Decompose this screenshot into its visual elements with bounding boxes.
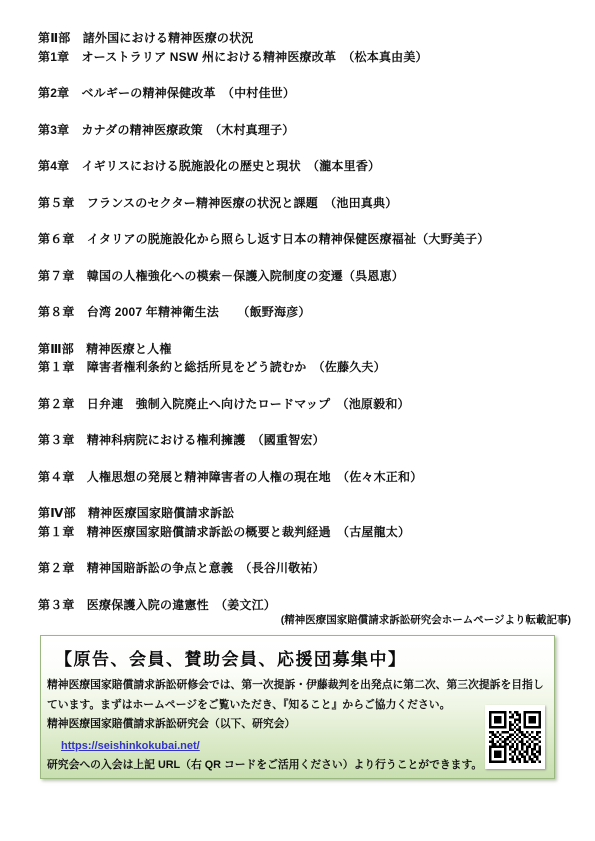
- qr-code-icon: [485, 705, 545, 769]
- toc-chapter-line: 第１章 障害者権利条約と総括所見をどう読むか （佐藤久夫）: [38, 358, 575, 377]
- toc-chapter-line: 第５章 フランスのセクター精神医療の状況と課題 （池田真典）: [38, 194, 575, 213]
- toc-chapter-line: 第1章 オーストラリア NSW 州における精神医療改革 （松本真由美）: [38, 48, 575, 67]
- toc-chapter-line: 第２章 精神国賠訴訟の争点と意義 （長谷川敬祐）: [38, 559, 575, 578]
- toc-chapter-line: 第１章 精神医療国家賠償請求訴訟の概要と裁判経過 （古屋龍太）: [38, 523, 575, 542]
- website-link-row: https://seishinkokubai.net/: [61, 735, 544, 757]
- reprint-note: (精神医療国家賠償請求訴訟研究会ホームページより転載記事): [0, 612, 595, 627]
- organization-line: 精神医療国家賠償請求訴訟研究会（以下、研究会）: [47, 715, 544, 735]
- toc-chapter-line: 第８章 台湾 2007 年精神衛生法 （飯野海彦）: [38, 303, 575, 322]
- toc-chapter-line: 第４章 人権思想の発展と精神障害者の人権の現在地 （佐々木正和）: [38, 468, 575, 487]
- toc-chapter-line: 第６章 イタリアの脱施設化から照らし返す日本の精神保健医療福祉（大野美子）: [38, 230, 575, 249]
- document-page: 第Ⅱ部 諸外国における精神医療の状況第1章 オーストラリア NSW 州における精…: [0, 0, 595, 841]
- join-instruction: 研究会への入会は上記 URL（右 QR コードをご活用ください）より行うことがで…: [47, 756, 544, 776]
- toc-part-heading: 第Ⅲ部 精神医療と人権: [38, 340, 575, 359]
- toc-part-heading: 第Ⅱ部 諸外国における精神医療の状況: [38, 29, 575, 48]
- table-of-contents: 第Ⅱ部 諸外国における精神医療の状況第1章 オーストラリア NSW 州における精…: [0, 0, 595, 614]
- recruitment-body-text: 精神医療国家賠償請求訴訟研修会では、第一次提訴・伊藤裁判を出発点に第二次、第三次…: [47, 676, 549, 715]
- toc-chapter-line: 第4章 イギリスにおける脱施設化の歴史と現状 （瀧本里香）: [38, 157, 575, 176]
- recruitment-box: 【原告、会員、賛助会員、応援団募集中】 精神医療国家賠償請求訴訟研修会では、第一…: [40, 635, 555, 779]
- toc-chapter-line: 第2章 ベルギーの精神保健改革 （中村佳世）: [38, 84, 575, 103]
- toc-chapter-line: 第７章 韓国の人権強化への模索－保護入院制度の変遷（呉恩恵）: [38, 267, 575, 286]
- toc-chapter-line: 第３章 精神科病院における権利擁護 （國重智宏）: [38, 431, 575, 450]
- toc-part-heading: 第Ⅳ部 精神医療国家賠償請求訴訟: [38, 504, 575, 523]
- toc-chapter-line: 第3章 カナダの精神医療政策 （木村真理子）: [38, 121, 575, 140]
- recruitment-title: 【原告、会員、賛助会員、応援団募集中】: [55, 645, 544, 670]
- website-link[interactable]: https://seishinkokubai.net/: [61, 740, 200, 752]
- qr-code-pattern: [489, 711, 541, 763]
- toc-chapter-line: 第２章 日弁連 強制入院廃止へ向けたロードマップ （池原毅和）: [38, 395, 575, 414]
